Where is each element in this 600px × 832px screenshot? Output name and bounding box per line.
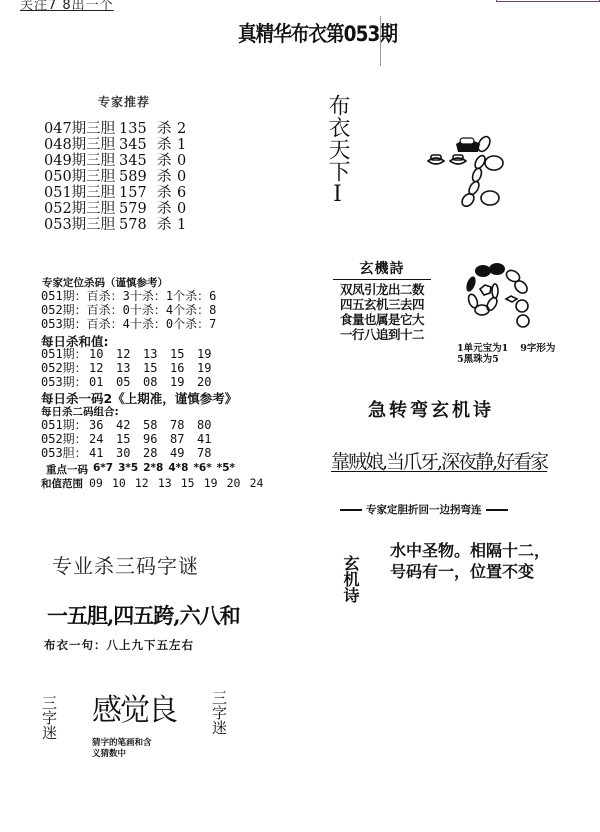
xuanji-shi-text: 水中圣物。相隔十二， 号码有一，位置不变 [390,540,550,582]
xuanji-poem-box: 玄機詩 双凤引龙出二数 四五玄机三去四 食量也属是它大 一行八追到十二 [333,258,431,342]
corner-box [496,0,600,2]
riddle-side-label-left: 三字迷 [40,695,57,740]
list-item: 053期：百杀：4十杀：0个杀：7 [41,317,216,331]
expert-recommend-heading: 专家推荐 [98,93,150,110]
page-title: 真精华布衣第053期 [238,18,397,48]
pro-riddle-title: 专业杀三码字谜 [52,550,199,579]
coin-ingot-figure-icon [420,128,510,208]
position-kill-list: 051期：百杀：3十杀：1个杀：6 052期：百杀：0十杀：4个杀：8 053期… [41,289,216,331]
coin-note: 1单元宝为19字形为 5黑珠为5 [457,343,555,365]
urgent-poem-line: 靠贼娘,当爪牙,深夜静,好看家 [331,447,547,474]
buyi-tianxia-label: 布衣天下Ⅰ [324,94,350,207]
pro-riddle-line: 一五胆,四五跨,六八和 [47,600,240,630]
position-kill-heading: 专家定位杀码（谨慎参考） [42,275,168,290]
list-item: 051期：3642587880 [41,418,224,432]
list-item: 047期三胆135杀2 [44,121,186,137]
urgent-turn-title: 急转弯玄机诗 [368,396,494,422]
title-divider [380,16,382,66]
list-item: 052期：百杀：0十杀：4个杀：8 [41,303,216,317]
list-item: 051期：1012131519 [41,347,224,361]
riddle-hint: 猜字的笔画和含义猜数中 [92,738,152,760]
list-item: 049期三胆345杀0 [44,153,186,169]
riddle-side-label-right: 三字迷 [210,690,227,735]
list-item: 051期：百杀：3十杀：1个杀：6 [41,289,216,303]
list-item: 048期三胆345杀1 [44,137,186,153]
key-code-row: 重点一码 6*7 3*5 2*8 4*8 *6* *5* [46,462,235,477]
buyi-sentence: 布衣一句：八上九下五左右 [44,637,194,653]
sum-range-row: 和值范围 09 10 12 13 15 19 20 24 [41,476,266,491]
list-item: 050期三胆589杀0 [44,169,186,185]
list-item: 051期三胆157杀6 [44,185,186,201]
dash-right [486,509,508,511]
riddle-main-text: 感觉良 [92,685,176,729]
list-item: 053期：0105081920 [41,375,224,389]
list-item: 052期三胆579杀0 [44,201,186,217]
list-item: 053期三胆578杀1 [44,217,186,233]
daily-kill-two-list: 051期：3642587880 052期：2415968741 053胆：413… [41,418,224,460]
expert-recommend-list: 047期三胆135杀2 048期三胆345杀1 049期三胆345杀0 050期… [44,121,186,233]
list-item: 052期：1213151619 [41,361,224,375]
daily-sum-kill-list: 051期：1012131519 052期：1213151619 053期：010… [41,347,224,389]
xuanji-poem-lines: 双凤引龙出二数 四五玄机三去四 食量也属是它大 一行八追到十二 [333,282,431,342]
expert-fold-line: 专家定胆折回一边拐弯连 [340,502,508,517]
bead-ring-figure-icon [463,262,553,337]
xuanji-shi-vertical-label: 玄机诗 [337,555,363,603]
list-item: 053胆：4130284978 [41,446,224,460]
list-item: 052期：2415968741 [41,432,224,446]
top-note: 关注7 8出一个 [20,0,114,13]
dash-left [340,509,362,511]
daily-kill-two-heading: 每日杀二码组合: [41,404,119,419]
xuanji-poem-title: 玄機詩 [333,258,431,280]
